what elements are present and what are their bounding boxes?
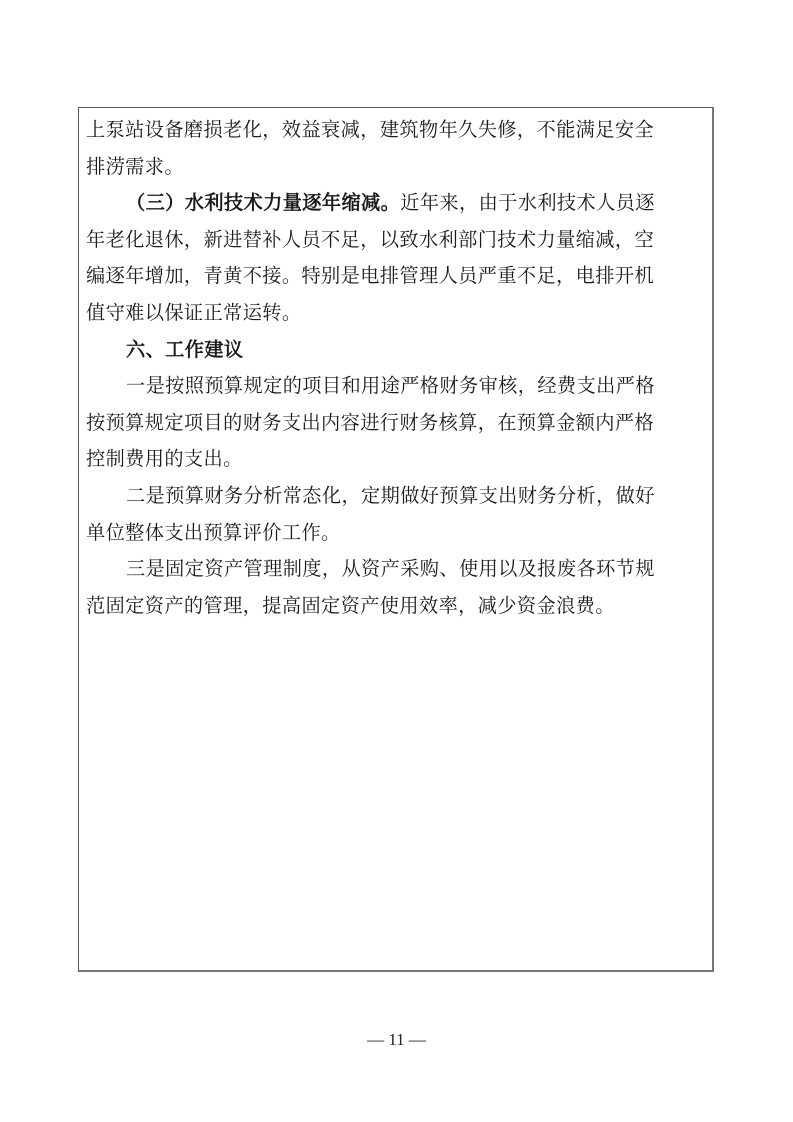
paragraph-line: 值守难以保证正常运转。 xyxy=(86,295,710,332)
paragraph-line: 排涝需求。 xyxy=(86,149,710,186)
page-number: — 11 — xyxy=(0,1030,793,1050)
suggestion-2-line: 二是预算财务分析常态化，定期做好预算支出财务分析，做好 xyxy=(86,478,710,515)
section-3-first-line: （三）水利技术力量逐年缩减。近年来，由于水利技术人员逐 xyxy=(86,185,710,222)
suggestion-3-line: 范固定资产的管理，提高固定资产使用效率，减少资金浪费。 xyxy=(86,588,710,625)
suggestion-1-line: 按预算规定项目的财务支出内容进行财务核算，在预算金额内严格 xyxy=(86,405,710,442)
section-6-heading: 六、工作建议 xyxy=(86,332,710,369)
section-3-title: （三）水利技术力量逐年缩减。 xyxy=(126,191,400,214)
suggestion-1-line: 一是按照预算规定的项目和用途严格财务审核，经费支出严格 xyxy=(86,368,710,405)
suggestion-3-line: 三是固定资产管理制度，从资产采购、使用以及报废各环节规 xyxy=(86,551,710,588)
paragraph-line: 年老化退休，新进替补人员不足，以致水利部门技术力量缩减，空 xyxy=(86,222,710,259)
section-3-text: 近年来，由于水利技术人员逐 xyxy=(400,191,655,214)
suggestion-2-line: 单位整体支出预算评价工作。 xyxy=(86,515,710,552)
document-body: 上泵站设备磨损老化，效益衰减，建筑物年久失修，不能满足安全 排涝需求。 （三）水… xyxy=(86,112,710,624)
paragraph-line: 上泵站设备磨损老化，效益衰减，建筑物年久失修，不能满足安全 xyxy=(86,112,710,149)
paragraph-line: 编逐年增加，青黄不接。特别是电排管理人员严重不足，电排开机 xyxy=(86,258,710,295)
suggestion-1-line: 控制费用的支出。 xyxy=(86,441,710,478)
